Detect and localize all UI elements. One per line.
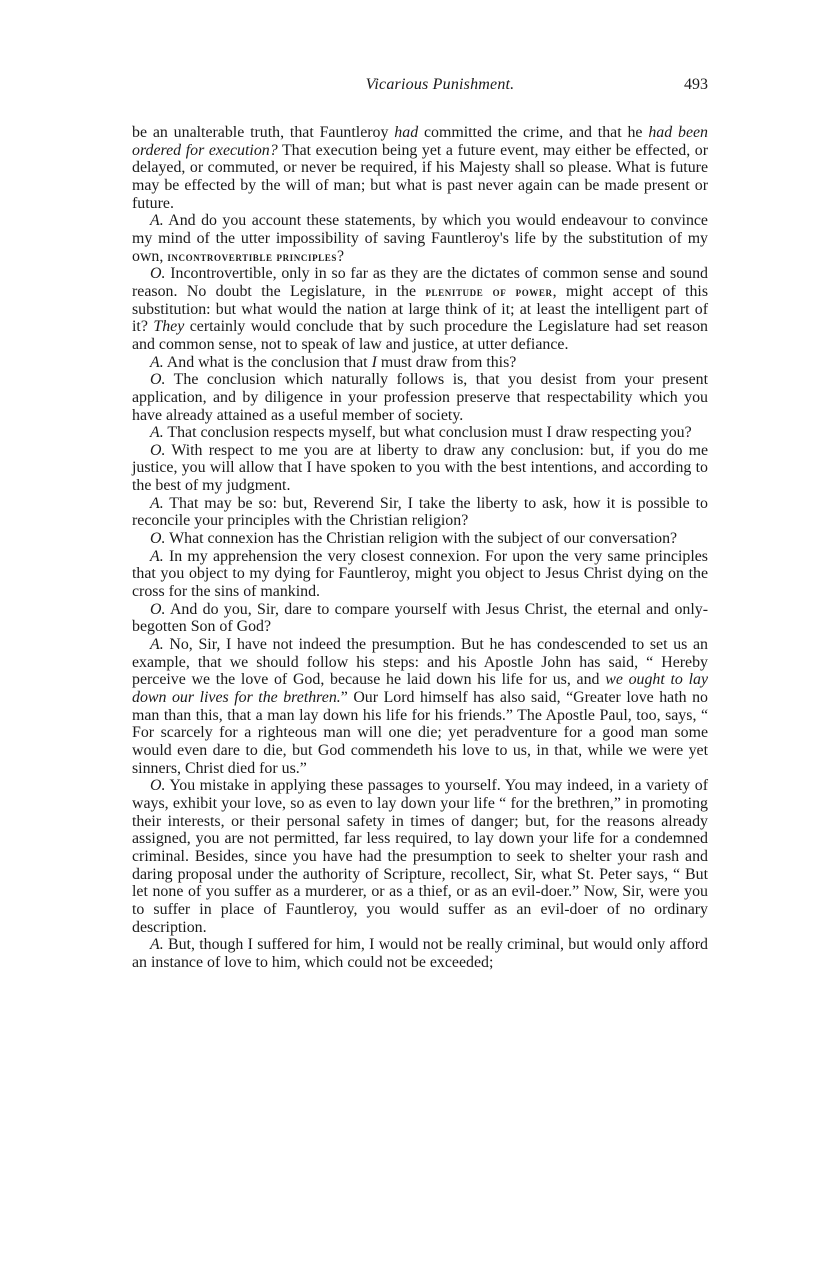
speaker-label: O. xyxy=(150,601,165,618)
speaker-label: A. xyxy=(150,548,164,565)
body-text: That may be so: but, Reverend Sir, I tak… xyxy=(132,495,708,530)
body-text: must draw from this? xyxy=(377,354,516,371)
body-text: That conclusion respects myself, but wha… xyxy=(167,424,691,441)
dialogue-paragraph: O. You mistake in applying these passage… xyxy=(132,777,708,936)
dialogue-paragraph: O. The conclusion which naturally follow… xyxy=(132,371,708,424)
speaker-label: O. xyxy=(150,442,165,459)
body-text: And do you, Sir, dare to compare yoursel… xyxy=(132,601,708,636)
body-text: ? xyxy=(337,248,344,265)
dialogue-paragraph: O. What connexion has the Christian reli… xyxy=(132,530,708,548)
body-text: committed the crime, and that he xyxy=(418,124,648,141)
running-title: Vicarious Punishment. xyxy=(132,76,708,94)
body-text: You mistake in applying these passages t… xyxy=(132,777,708,935)
speaker-label: A. xyxy=(150,636,164,653)
dialogue-paragraph: O. With respect to me you are at liberty… xyxy=(132,442,708,495)
page-number: 493 xyxy=(684,76,708,94)
speaker-label: O. xyxy=(150,777,165,794)
speaker-label: A. xyxy=(150,424,164,441)
dialogue-paragraph: A. But, though I suffered for him, I wou… xyxy=(132,936,708,971)
dialogue-paragraph: O. Incontrovertible, only in so far as t… xyxy=(132,265,708,353)
dialogue-paragraph: A. No, Sir, I have not indeed the presum… xyxy=(132,636,708,777)
emphasis-text: They xyxy=(153,318,184,335)
speaker-label: A. xyxy=(150,212,164,229)
speaker-label: A. xyxy=(150,495,164,512)
speaker-label: O. xyxy=(150,371,165,388)
body-text: With respect to me you are at liberty to… xyxy=(132,442,708,494)
small-caps-text: plenitude of power xyxy=(425,284,552,299)
speaker-label: O. xyxy=(150,530,165,547)
speaker-label: O. xyxy=(150,265,165,282)
dialogue-paragraph: A. That conclusion respects myself, but … xyxy=(132,424,708,442)
continued-paragraph: be an unalterable truth, that Fauntleroy… xyxy=(132,124,708,212)
dialogue-paragraph: A. In my apprehension the very closest c… xyxy=(132,548,708,601)
dialogue-paragraph: A. And do you account these statements, … xyxy=(132,212,708,265)
body-text: be an unalterable truth, that Fauntleroy xyxy=(132,124,394,141)
small-caps-text: incontrovertible principles xyxy=(167,249,337,264)
speaker-label: A. xyxy=(150,354,164,371)
running-header: Vicarious Punishment. 493 xyxy=(132,70,708,100)
dialogue-paragraph: O. And do you, Sir, dare to compare your… xyxy=(132,601,708,636)
body-text: The conclusion which naturally follows i… xyxy=(132,371,708,423)
page-body: be an unalterable truth, that Fauntleroy… xyxy=(132,124,708,972)
speaker-label: A. xyxy=(150,936,164,953)
body-text: And what is the conclusion that xyxy=(167,354,372,371)
emphasis-text: had xyxy=(394,124,418,141)
book-page: Vicarious Punishment. 493 be an unaltera… xyxy=(132,70,708,972)
body-text: What connexion has the Christian religio… xyxy=(169,530,677,547)
body-text: certainly would conclude that by such pr… xyxy=(132,318,708,353)
body-text: But, though I suffered for him, I would … xyxy=(132,936,708,971)
body-text: In my apprehension the very closest conn… xyxy=(132,548,708,600)
dialogue-paragraph: A. And what is the conclusion that I mus… xyxy=(132,354,708,372)
dialogue-paragraph: A. That may be so: but, Reverend Sir, I … xyxy=(132,495,708,530)
